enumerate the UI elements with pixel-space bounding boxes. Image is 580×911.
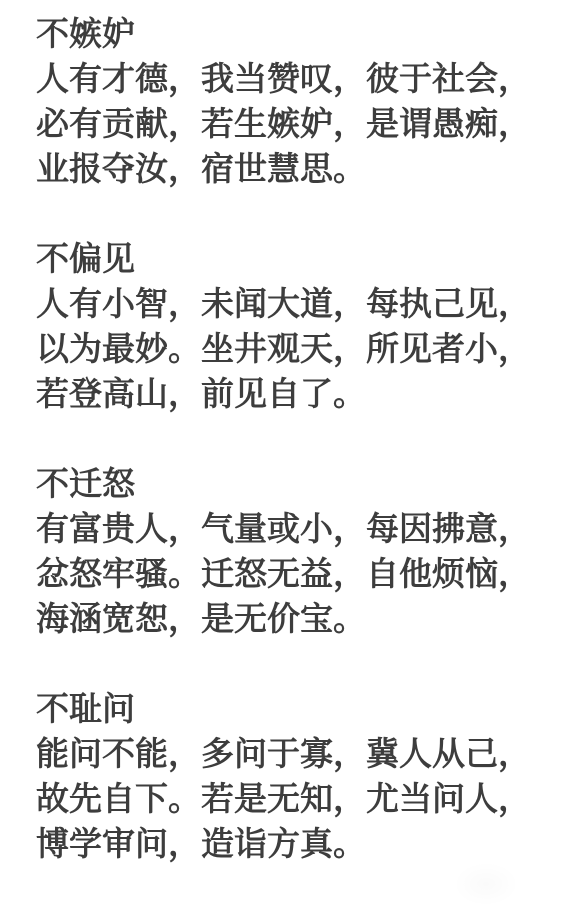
verse-line: 必有贡献，若生嫉妒，是谓愚痴，	[36, 101, 560, 146]
verse-line: 若登高山，前见自了。	[36, 371, 560, 416]
verse-document: 不嫉妒 人有才德，我当赞叹，彼于社会， 必有贡献，若生嫉妒，是谓愚痴， 业报夺汝…	[36, 11, 560, 866]
section-title: 不迁怒	[36, 461, 560, 506]
section-no-prejudice: 不偏见 人有小智，未闻大道，每执己见， 以为最妙。坐井观天，所见者小， 若登高山…	[36, 236, 560, 416]
smudge-mark	[455, 863, 517, 905]
verse-line: 忿怒牢骚。迁怒无益，自他烦恼，	[36, 551, 560, 596]
verse-line: 能问不能，多问于寡，冀人从己，	[36, 731, 560, 776]
verse-line: 人有小智，未闻大道，每执己见，	[36, 281, 560, 326]
verse-line: 海涵宽恕，是无价宝。	[36, 596, 560, 641]
section-no-displaced-anger: 不迁怒 有富贵人，气量或小，每因拂意， 忿怒牢骚。迁怒无益，自他烦恼， 海涵宽恕…	[36, 461, 560, 641]
section-title: 不耻问	[36, 686, 560, 731]
verse-line: 故先自下。若是无知，尤当问人，	[36, 776, 560, 821]
verse-line: 人有才德，我当赞叹，彼于社会，	[36, 56, 560, 101]
verse-line: 博学审问，造诣方真。	[36, 821, 560, 866]
section-not-ashamed-to-ask: 不耻问 能问不能，多问于寡，冀人从己， 故先自下。若是无知，尤当问人， 博学审问…	[36, 686, 560, 866]
verse-line: 有富贵人，气量或小，每因拂意，	[36, 506, 560, 551]
section-title: 不偏见	[36, 236, 560, 281]
section-title: 不嫉妒	[36, 11, 560, 56]
section-no-jealousy: 不嫉妒 人有才德，我当赞叹，彼于社会， 必有贡献，若生嫉妒，是谓愚痴， 业报夺汝…	[36, 11, 560, 191]
verse-line: 以为最妙。坐井观天，所见者小，	[36, 326, 560, 371]
verse-line: 业报夺汝，宿世慧思。	[36, 146, 560, 191]
